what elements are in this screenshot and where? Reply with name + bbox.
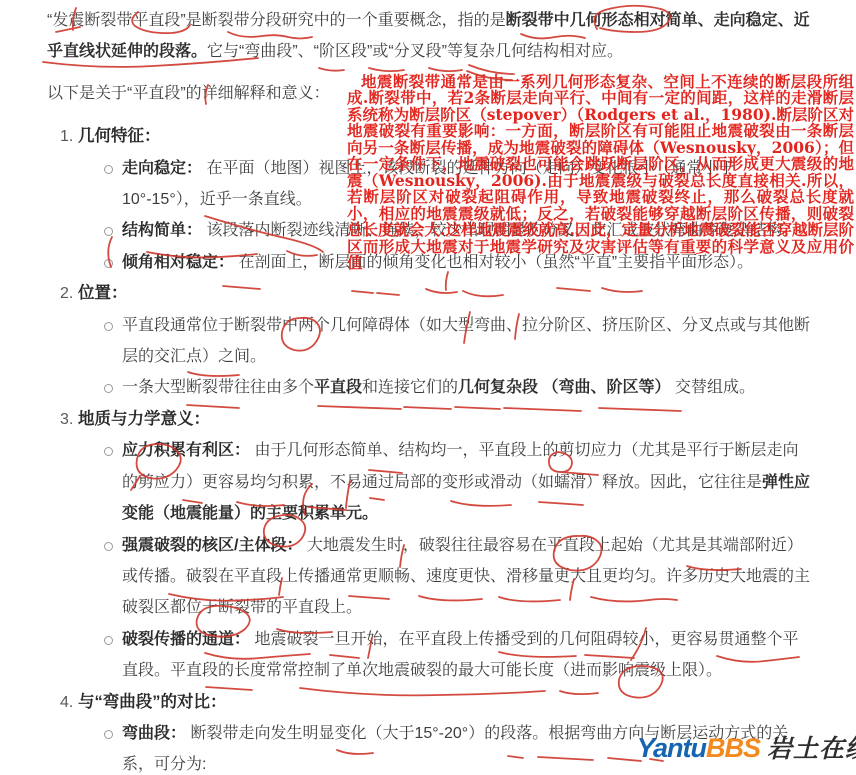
intro-text-post: 它与“弯曲段”、“阶区段”或“分叉段”等复杂几何结构相对应。	[207, 43, 623, 60]
watermark-logo: YantuBBS岩土在线	[637, 729, 856, 765]
bullet-lead: 破裂传播的通道：	[122, 631, 250, 648]
bullet-text: 交替组成。	[671, 379, 755, 396]
section-number: 3.	[60, 404, 73, 435]
list-item: 强震破裂的核区/主体段： 大地震发生时，破裂往往最容易在平直段上起始（尤其是其端…	[78, 530, 856, 624]
bullet-lead: 结构简单：	[122, 222, 202, 239]
list-item: 应力积累有利区： 由于几何形态简单、结构均一，平直段上的剪切应力（尤其是平行于断…	[78, 435, 856, 529]
bullet-text: 平直段通常位于断裂带中两个几何障碍体（如大型弯曲、拉分阶区、挤压阶区、分叉点或与…	[122, 317, 810, 365]
handwritten-red-annotation: 地震断裂带通常是由一系列几何形态复杂、空间上不连续的断层段所组成.断裂带中，若2…	[347, 74, 854, 271]
bullet-text-bold: 几何复杂段 （弯曲、阶区等）	[458, 379, 670, 396]
section-title: 地质与力学意义：	[78, 410, 210, 428]
section-number: 1.	[60, 121, 73, 152]
bullet-lead: 应力积累有利区：	[122, 442, 250, 459]
bullet-text: 一条大型断裂带往往由多个	[122, 379, 314, 396]
section-title: 几何特征：	[78, 127, 161, 145]
list-item: 一条大型断裂带往往由多个平直段和连接它们的几何复杂段 （弯曲、阶区等） 交替组成…	[78, 372, 856, 403]
section-number: 2.	[60, 278, 73, 309]
section-location: 2.位置： 平直段通常位于断裂带中两个几何障碍体（如大型弯曲、拉分阶区、挤压阶区…	[0, 278, 856, 404]
watermark-bbs: BBS	[706, 733, 760, 763]
bullet-text: 和连接它们的	[362, 379, 458, 396]
section-mechanics: 3.地质与力学意义： 应力积累有利区： 由于几何形态简单、结构均一，平直段上的剪…	[0, 404, 856, 687]
section-number: 4.	[60, 687, 73, 718]
watermark-yantu: Yantu	[637, 733, 706, 763]
bullet-list: 平直段通常位于断裂带中两个几何障碍体（如大型弯曲、拉分阶区、挤压阶区、分叉点或与…	[78, 310, 856, 404]
bullet-lead: 弯曲段：	[122, 725, 186, 742]
intro-text-pre: “发震断裂带平直段”是断裂带分段研究中的一个重要概念，指的是	[47, 12, 506, 29]
watermark-chinese-name: 岩土在线	[767, 735, 856, 763]
bullet-text-bold: 平直段	[314, 379, 362, 396]
intro-lead-in-text: 以下是关于“平直段”的详细解释和意义：	[47, 85, 330, 102]
intro-paragraph: “发震断裂带平直段”是断裂带分段研究中的一个重要概念，指的是断裂带中几何形态相对…	[47, 5, 813, 68]
bullet-list: 应力积累有利区： 由于几何形态简单、结构均一，平直段上的剪切应力（尤其是平行于断…	[78, 435, 856, 686]
section-title: 位置：	[78, 284, 128, 302]
section-title: 与“弯曲段”的对比：	[78, 693, 227, 711]
bullet-lead: 走向稳定：	[122, 160, 202, 177]
list-item: 破裂传播的通道： 地震破裂一旦开始，在平直段上传播受到的几何阻碍较小，更容易贯通…	[78, 624, 856, 687]
list-item: 平直段通常位于断裂带中两个几何障碍体（如大型弯曲、拉分阶区、挤压阶区、分叉点或与…	[78, 310, 856, 373]
bullet-lead: 强震破裂的核区/主体段：	[122, 537, 302, 554]
bullet-lead: 倾角相对稳定：	[122, 254, 234, 271]
